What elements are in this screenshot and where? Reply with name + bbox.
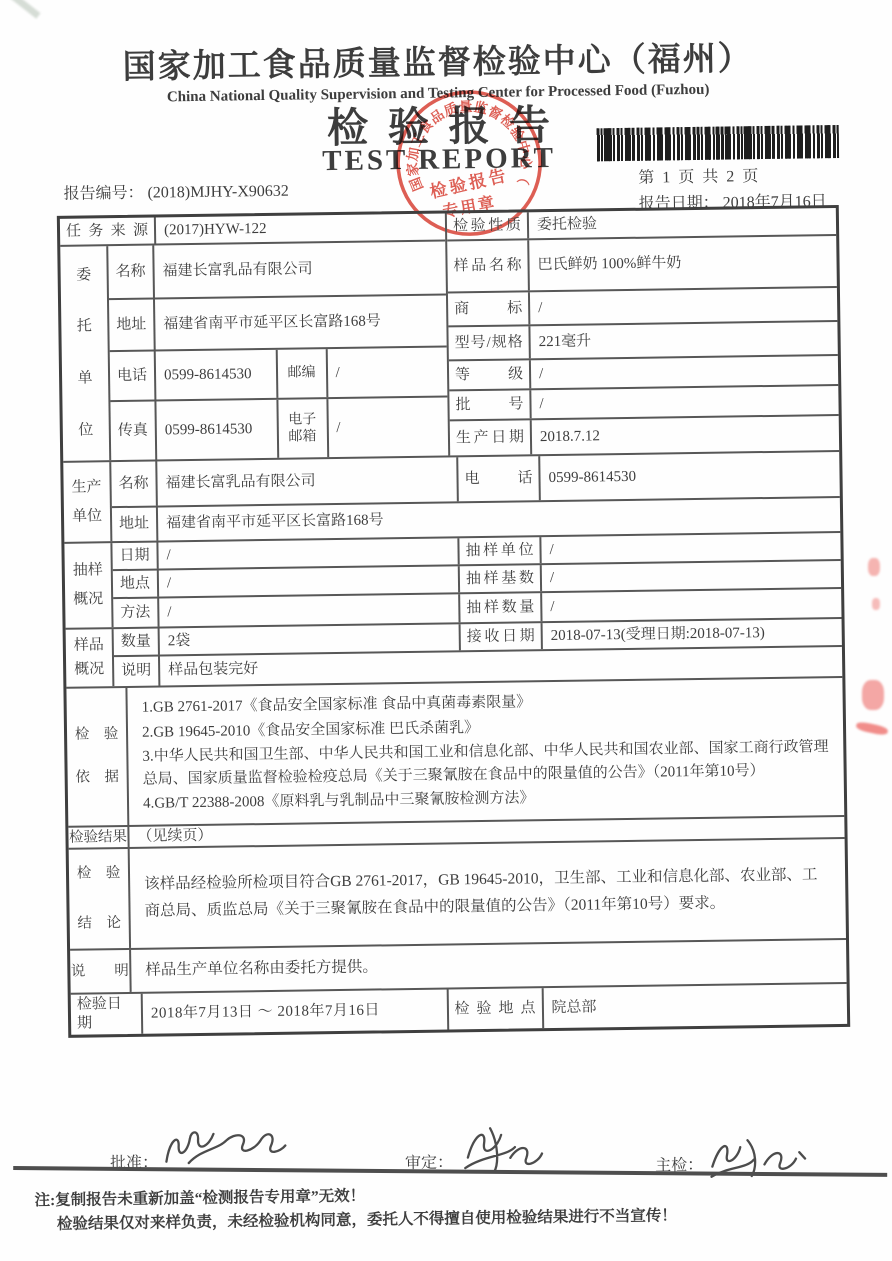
report-number-label: 报告编号： (63, 185, 143, 203)
remark-value: 样品生产单位名称由委托方提供。 (131, 940, 847, 992)
sample-name-label: 样品名称 (447, 240, 530, 291)
scanned-sheet: 国家加工食品质量监督检验中心（福州） China National Qualit… (0, 0, 892, 1261)
sampling-place-value: / (159, 566, 460, 596)
sampling-unit-label: 抽样单位 (459, 537, 541, 564)
page-indicator: 第 1 页 共 2 页 (638, 163, 760, 188)
test-place-label: 检验地点 (448, 988, 544, 1029)
model-spec-label: 型号/规格 (448, 326, 530, 359)
sampling-place-label: 地点 (113, 571, 159, 598)
client-phone-label: 电话 (110, 352, 157, 401)
block-producer: 生产 单位 名称 福建长富乳品有限公司 电话 0599-8614530 地址 福… (63, 452, 840, 544)
client-phone-value: 0599-8614530 (156, 350, 278, 400)
batch-no-value: / (531, 386, 838, 418)
barcode (597, 125, 839, 161)
test-nature-value: 委托检验 (529, 208, 836, 238)
red-ink-fragment (862, 680, 884, 710)
sampling-base-label: 抽样基数 (460, 565, 542, 592)
client-name-label: 名称 (108, 246, 155, 299)
red-ink-fragment (872, 598, 880, 610)
seal-line1: 检验报告 (428, 165, 510, 202)
client-name-value: 福建长富乳品有限公司 (154, 241, 446, 297)
production-date-value: 2018.7.12 (532, 416, 839, 454)
model-spec-value: 221毫升 (530, 322, 837, 358)
sample-qty-label: 数量 (114, 628, 160, 655)
postcode-label: 邮编 (277, 349, 328, 398)
sampling-date-value: / (158, 538, 459, 568)
chief-signature (698, 1117, 816, 1188)
report-number-value: (2018)MJHY-X90632 (147, 183, 289, 202)
producer-name-value: 福建长富乳品有限公司 (157, 457, 459, 505)
client-address-value: 福建省南平市延平区长富路168号 (155, 295, 447, 349)
test-basis-item: 1.GB 2761-2017《食品安全国家标准 食品中真菌毒素限量》 (142, 691, 532, 719)
test-date-value: 2018年7月13日 ～ 2018年7月16日 (143, 990, 449, 1034)
sampling-method-value: / (159, 594, 460, 626)
client-fax-label: 传真 (110, 402, 157, 461)
sampling-qty-value: / (542, 589, 841, 621)
receive-date-value: 2018-07-13(受理日期:2018-07-13) (543, 619, 842, 649)
batch-no-label: 批号 (449, 390, 531, 419)
sampling-group-label: 抽样 概况 (64, 543, 113, 628)
sample-note-label: 说明 (114, 656, 160, 686)
producer-phone-label: 电话 (458, 456, 541, 501)
block-sample-info: 样品 概况 数量 2袋 接收日期 2018-07-13(受理日期:2018-07… (66, 619, 843, 689)
test-basis-item: 2.GB 19645-2010《食品安全国家标准 巴氏杀菌乳》 (142, 717, 479, 744)
test-nature-label: 检验性质 (447, 212, 529, 239)
sampling-qty-label: 抽样数量 (460, 593, 542, 622)
producer-address-label: 地址 (112, 508, 158, 542)
conclusion-value: 该样品经检验所检项目符合GB 2761-2017，GB 19645-2010，卫… (130, 839, 846, 948)
sample-name-value: 巴氏鲜奶 100%鲜牛奶 (529, 236, 837, 290)
sampling-date-label: 日期 (112, 543, 158, 570)
producer-group-label: 生产 单位 (63, 462, 112, 542)
sample-info-group-label: 样品 概况 (66, 629, 115, 687)
test-basis-label: 检 验 依 据 (66, 688, 129, 825)
email-label: 电子 邮箱 (278, 399, 329, 458)
test-basis-item: 3.中华人民共和国卫生部、中华人民共和国工业和信息化部、中华人民共和国农业部、国… (142, 736, 830, 791)
report-number: 报告编号： (2018)MJHY-X90632 (63, 178, 289, 204)
production-date-label: 生产日期 (450, 420, 532, 455)
producer-name-label: 名称 (111, 462, 158, 507)
task-source-value: (2017)HYW-122 (156, 213, 445, 243)
task-source-label: 任务来源 (60, 218, 156, 245)
footer-notes: 注:复制报告未重新加盖“检测报告专用章”无效！ 检验结果仅对来样负责，未经检验机… (34, 1180, 677, 1237)
trademark-value: / (530, 288, 837, 324)
test-result-label: 检验结果 (68, 826, 129, 848)
receive-date-label: 接收日期 (461, 623, 543, 650)
test-basis-list: 1.GB 2761-2017《食品安全国家标准 食品中真菌毒素限量》 2.GB … (127, 678, 844, 824)
test-date-label: 检验日期 (71, 994, 144, 1035)
client-group-label: 委 托 单 位 (60, 246, 111, 461)
row-test-basis: 检 验 依 据 1.GB 2761-2017《食品安全国家标准 食品中真菌毒素限… (66, 678, 844, 827)
row-conclusion: 检 验 结 论 该样品经检验所检项目符合GB 2761-2017，GB 1964… (69, 839, 846, 950)
test-basis-item: 4.GB/T 22388-2008《原料乳与乳制品中三聚氰胺检测方法》 (143, 787, 535, 815)
block-client-sample: 任务来源 (2017)HYW-122 委 托 单 位 名称 福建长富乳品有限公司… (60, 208, 839, 463)
sampling-base-value: / (542, 561, 841, 591)
sample-qty-value: 2袋 (160, 624, 461, 654)
trademark-label: 商标 (448, 292, 530, 325)
remark-label: 说 明 (70, 950, 132, 993)
sampling-unit-value: / (541, 533, 840, 563)
producer-phone-value: 0599-8614530 (540, 452, 840, 500)
test-place-value: 院总部 (543, 984, 847, 1028)
postcode-value: / (327, 347, 447, 397)
client-fax-value: 0599-8614530 (156, 400, 278, 460)
red-ink-fragment (868, 558, 880, 576)
grade-label: 等级 (449, 360, 531, 389)
sampling-method-label: 方法 (113, 599, 159, 628)
grade-value: / (531, 356, 838, 388)
block-sampling: 抽样 概况 日期 / 抽样单位 / 地点 / 抽样基数 / (64, 533, 841, 630)
conclusion-label: 检 验 结 论 (69, 849, 131, 948)
report-table: 任务来源 (2017)HYW-122 委 托 单 位 名称 福建长富乳品有限公司… (57, 205, 850, 1038)
client-address-label: 地址 (109, 300, 156, 351)
email-value: / (328, 397, 448, 457)
test-report-page: 国家加工食品质量监督检验中心（福州） China National Qualit… (0, 0, 892, 1261)
